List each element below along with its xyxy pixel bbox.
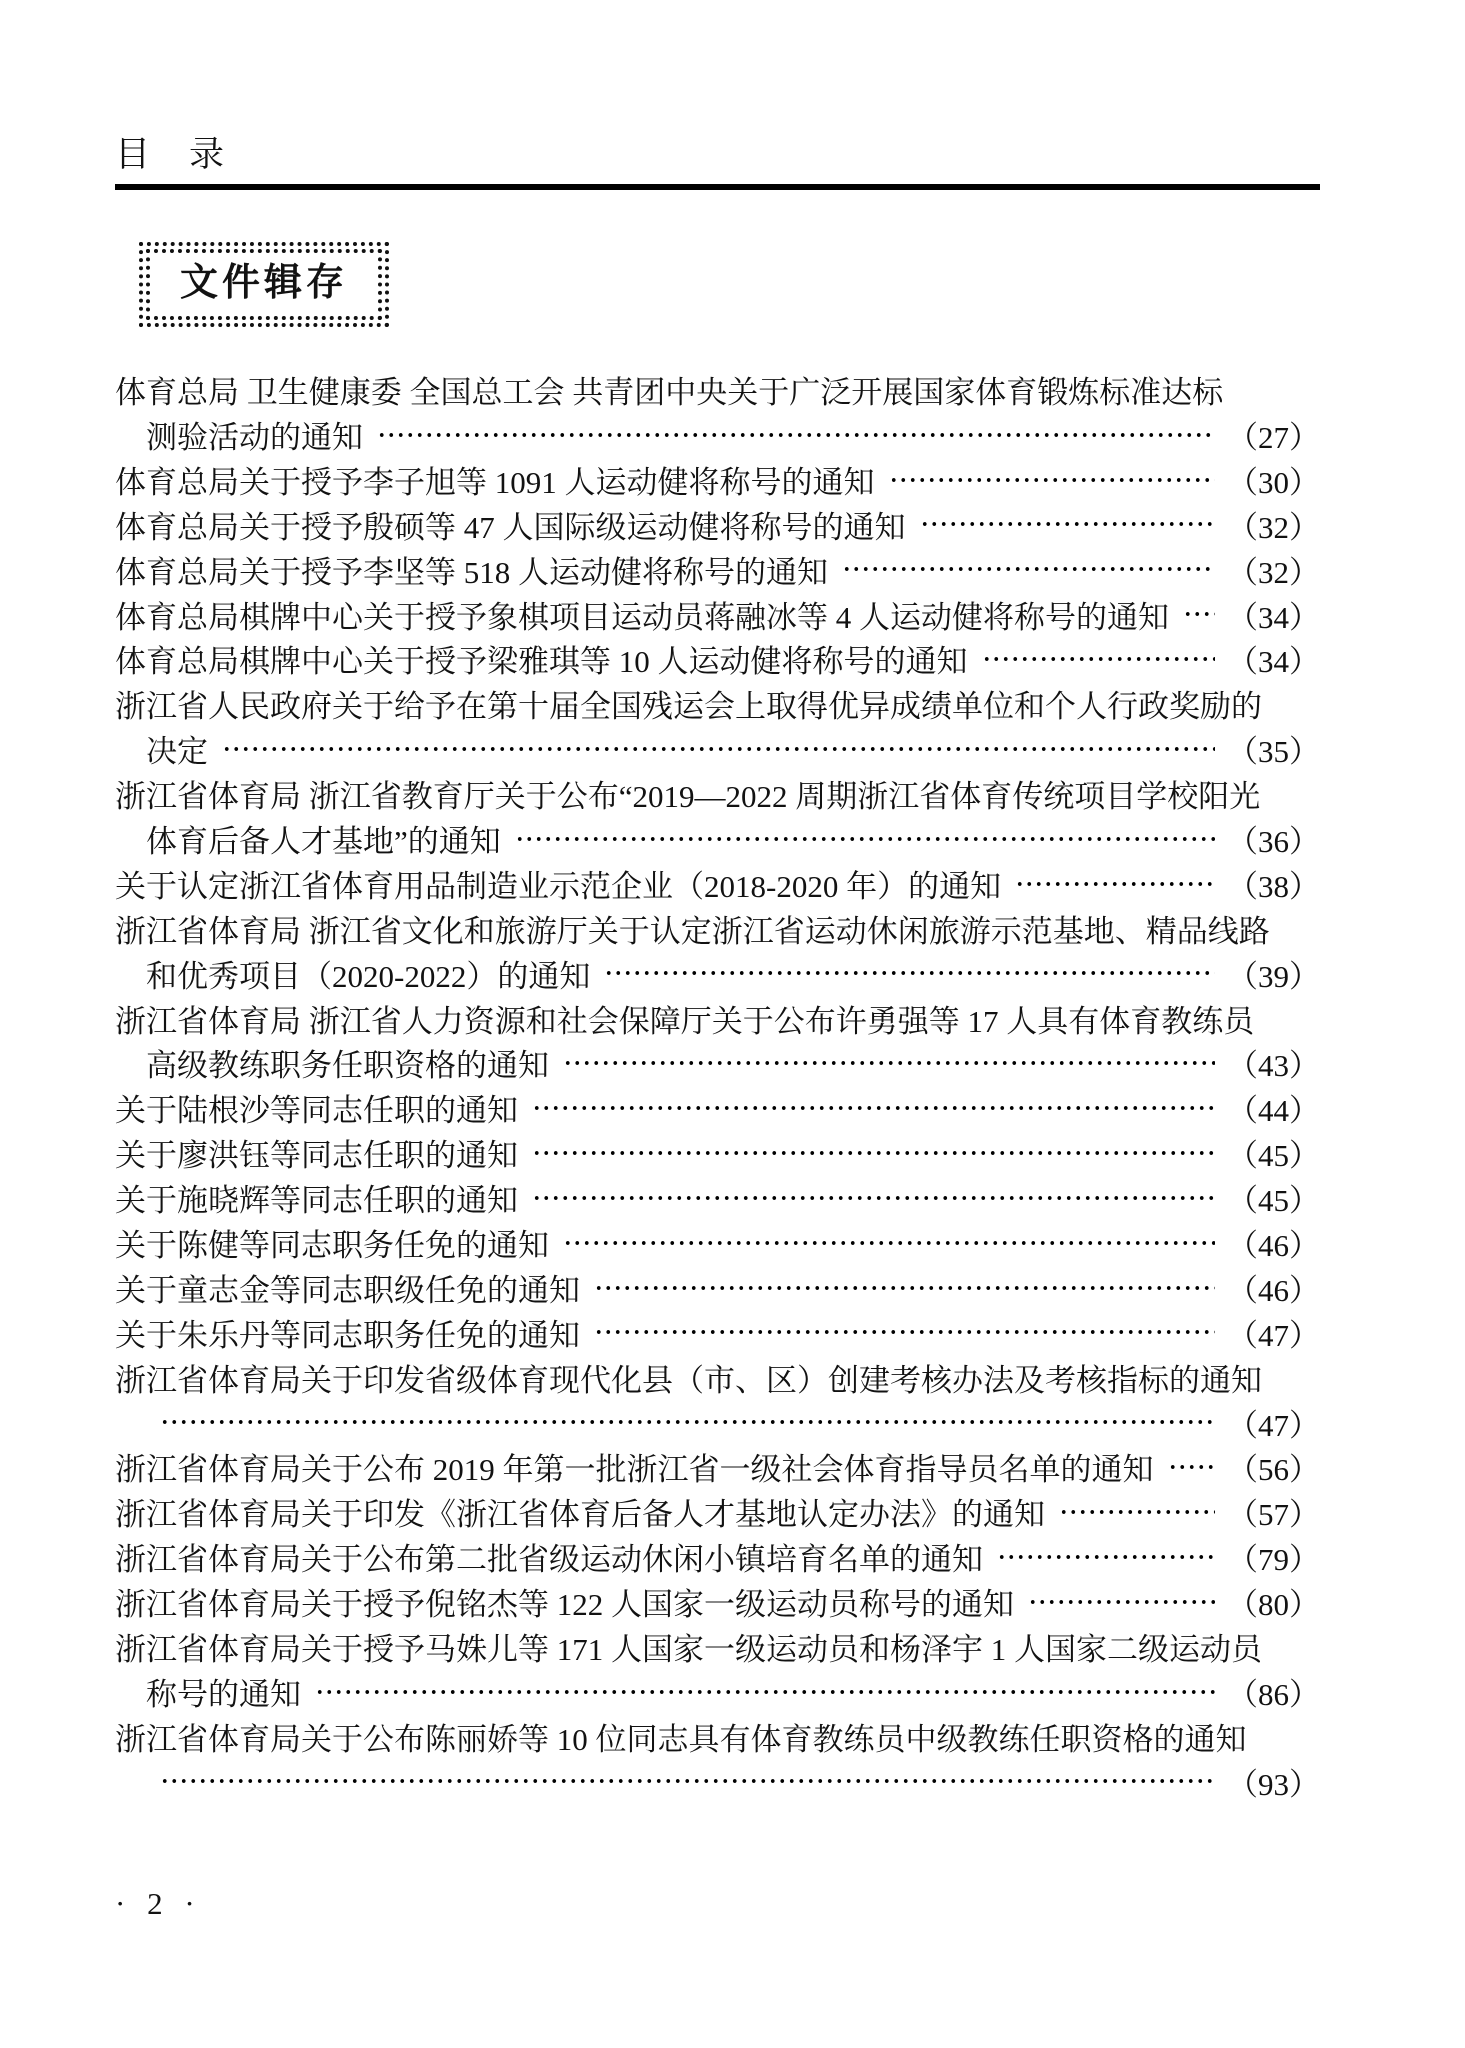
toc-line: 体育总局关于授予殷硕等 47 人国际级运动健将称号的通知（32）: [115, 502, 1320, 547]
page-number: （45）: [1227, 1175, 1320, 1220]
toc-line: （93）: [115, 1759, 1320, 1804]
toc-line: 体育总局棋牌中心关于授予象棋项目运动员蒋融冰等 4 人运动健将称号的通知（34）: [115, 592, 1320, 637]
toc-entry: 体育总局棋牌中心关于授予象棋项目运动员蒋融冰等 4 人运动健将称号的通知（34）: [115, 592, 1320, 637]
page-number: （34）: [1227, 636, 1320, 681]
toc-line: 浙江省体育局关于授予倪铭杰等 122 人国家一级运动员称号的通知（80）: [115, 1579, 1320, 1624]
toc-line-text: 浙江省体育局关于公布陈丽娇等 10 位同志具有体育教练员中级教练任职资格的通知: [115, 1714, 1247, 1759]
toc-line: 关于陆根沙等同志任职的通知（44）: [115, 1085, 1320, 1130]
toc-line-text: 浙江省体育局 浙江省人力资源和社会保障厅关于公布许勇强等 17 人具有体育教练员: [115, 996, 1254, 1041]
toc-entry: 体育总局关于授予李子旭等 1091 人运动健将称号的通知（30）: [115, 457, 1320, 502]
toc-line-text: 浙江省人民政府关于给予在第十届全国残运会上取得优异成绩单位和个人行政奖励的: [115, 681, 1262, 726]
section-label-box: 文件辑存: [139, 242, 389, 328]
page-number: （30）: [1227, 457, 1320, 502]
dot-leader: [604, 951, 1215, 996]
toc-line: （47）: [115, 1400, 1320, 1445]
toc-line-text: 浙江省体育局 浙江省文化和旅游厅关于认定浙江省运动休闲旅游示范基地、精品线路: [115, 906, 1270, 951]
toc-line: 浙江省体育局 浙江省文化和旅游厅关于认定浙江省运动休闲旅游示范基地、精品线路: [115, 906, 1320, 951]
page-number: （47）: [1227, 1310, 1320, 1355]
toc-line-text: 浙江省体育局关于印发省级体育现代化县（市、区）创建考核办法及考核指标的通知: [115, 1355, 1262, 1400]
toc-line-text: 称号的通知: [146, 1669, 301, 1714]
toc-line-text: 关于施晓辉等同志任职的通知: [115, 1175, 518, 1220]
toc-line-text: 高级教练职务任职资格的通知: [146, 1040, 549, 1085]
toc-line: 关于陈健等同志职务任免的通知（46）: [115, 1220, 1320, 1265]
toc-entry: 体育总局棋牌中心关于授予梁雅琪等 10 人运动健将称号的通知（34）: [115, 636, 1320, 681]
dot-leader: [532, 1175, 1215, 1220]
dot-leader: [160, 1759, 1215, 1804]
toc-entry: 浙江省体育局 浙江省文化和旅游厅关于认定浙江省运动休闲旅游示范基地、精品线路和优…: [115, 906, 1320, 996]
page-number: （38）: [1227, 861, 1320, 906]
toc-line: 浙江省体育局 浙江省教育厅关于公布“2019—2022 周期浙江省体育传统项目学…: [115, 771, 1320, 816]
dot-leader: [1028, 1579, 1215, 1624]
toc-entry: 浙江省人民政府关于给予在第十届全国残运会上取得优异成绩单位和个人行政奖励的决定（…: [115, 681, 1320, 771]
dot-leader: [1183, 592, 1215, 637]
toc-line: 决定（35）: [115, 726, 1320, 771]
toc-line-text: 浙江省体育局 浙江省教育厅关于公布“2019—2022 周期浙江省体育传统项目学…: [115, 771, 1260, 816]
section-label: 文件辑存: [146, 249, 382, 321]
dot-leader: [563, 1220, 1215, 1265]
toc-entry: 浙江省体育局关于印发《浙江省体育后备人才基地认定办法》的通知（57）: [115, 1489, 1320, 1534]
dot-leader: [1015, 861, 1215, 906]
page-number: （47）: [1227, 1400, 1320, 1445]
toc-line-text: 关于陈健等同志职务任免的通知: [115, 1220, 549, 1265]
dot-leader: [594, 1310, 1215, 1355]
dot-leader: [594, 1265, 1215, 1310]
toc-line: 浙江省体育局 浙江省人力资源和社会保障厅关于公布许勇强等 17 人具有体育教练员: [115, 996, 1320, 1041]
page-number: （27）: [1227, 412, 1320, 457]
toc-line-text: 测验活动的通知: [146, 412, 363, 457]
toc-line-text: 浙江省体育局关于授予倪铭杰等 122 人国家一级运动员称号的通知: [115, 1579, 1014, 1624]
toc-entry: 体育总局关于授予殷硕等 47 人国际级运动健将称号的通知（32）: [115, 502, 1320, 547]
toc-entry: 关于廖洪钰等同志任职的通知（45）: [115, 1130, 1320, 1175]
toc-line-text: 体育后备人才基地”的通知: [146, 816, 501, 861]
toc-entry: 关于陈健等同志职务任免的通知（46）: [115, 1220, 1320, 1265]
dot-leader: [222, 726, 1215, 771]
toc-line: 体育总局关于授予李子旭等 1091 人运动健将称号的通知（30）: [115, 457, 1320, 502]
toc-line: 体育总局 卫生健康委 全国总工会 共青团中央关于广泛开展国家体育锻炼标准达标: [115, 367, 1320, 412]
toc-entry: 浙江省体育局 浙江省教育厅关于公布“2019—2022 周期浙江省体育传统项目学…: [115, 771, 1320, 861]
toc-entry: 体育总局关于授予李坚等 518 人运动健将称号的通知（32）: [115, 547, 1320, 592]
toc-line-text: 体育总局关于授予李坚等 518 人运动健将称号的通知: [115, 547, 828, 592]
toc-line: 关于认定浙江省体育用品制造业示范企业（2018-2020 年）的通知（38）: [115, 861, 1320, 906]
toc-line: 体育总局关于授予李坚等 518 人运动健将称号的通知（32）: [115, 547, 1320, 592]
page-number: （46）: [1227, 1220, 1320, 1265]
toc-line: 关于童志金等同志职级任免的通知（46）: [115, 1265, 1320, 1310]
toc-line-text: 关于童志金等同志职级任免的通知: [115, 1265, 580, 1310]
toc-line: 关于廖洪钰等同志任职的通知（45）: [115, 1130, 1320, 1175]
page-number: （57）: [1227, 1489, 1320, 1534]
dot-leader: [532, 1130, 1215, 1175]
footer-page-number: · 2 ·: [115, 1886, 195, 1922]
dot-leader: [889, 457, 1216, 502]
toc-line-text: 决定: [146, 726, 208, 771]
toc-line-text: 浙江省体育局关于公布第二批省级运动休闲小镇培育名单的通知: [115, 1534, 983, 1579]
dot-leader: [982, 636, 1216, 681]
toc-entry: 关于施晓辉等同志任职的通知（45）: [115, 1175, 1320, 1220]
dot-leader: [160, 1400, 1215, 1445]
page-number: （36）: [1227, 816, 1320, 861]
page-number: （45）: [1227, 1130, 1320, 1175]
toc-entry: 浙江省体育局关于公布 2019 年第一批浙江省一级社会体育指导员名单的通知（56…: [115, 1444, 1320, 1489]
toc-line: 关于朱乐丹等同志职务任免的通知（47）: [115, 1310, 1320, 1355]
toc-entry: 关于朱乐丹等同志职务任免的通知（47）: [115, 1310, 1320, 1355]
toc-line-text: 体育总局关于授予李子旭等 1091 人运动健将称号的通知: [115, 457, 875, 502]
page-number: （56）: [1227, 1444, 1320, 1489]
page-number: （86）: [1227, 1669, 1320, 1714]
toc-entry: 浙江省体育局关于授予马姝儿等 171 人国家一级运动员和杨泽宇 1 人国家二级运…: [115, 1624, 1320, 1714]
toc-entry: 体育总局 卫生健康委 全国总工会 共青团中央关于广泛开展国家体育锻炼标准达标测验…: [115, 367, 1320, 457]
page-number: （79）: [1227, 1534, 1320, 1579]
dot-leader: [515, 816, 1215, 861]
toc-line: 称号的通知（86）: [115, 1669, 1320, 1714]
toc-line: 浙江省体育局关于公布 2019 年第一批浙江省一级社会体育指导员名单的通知（56…: [115, 1444, 1320, 1489]
toc-line-text: 关于认定浙江省体育用品制造业示范企业（2018-2020 年）的通知: [115, 861, 1001, 906]
toc-line-text: 关于廖洪钰等同志任职的通知: [115, 1130, 518, 1175]
toc-line: 高级教练职务任职资格的通知（43）: [115, 1040, 1320, 1085]
toc-entry: 浙江省体育局关于授予倪铭杰等 122 人国家一级运动员称号的通知（80）: [115, 1579, 1320, 1624]
toc-entry: 关于童志金等同志职级任免的通知（46）: [115, 1265, 1320, 1310]
page-number: （80）: [1227, 1579, 1320, 1624]
toc-line-text: 浙江省体育局关于印发《浙江省体育后备人才基地认定办法》的通知: [115, 1489, 1045, 1534]
dot-leader: [315, 1669, 1215, 1714]
document-page: 目 录 文件辑存 体育总局 卫生健康委 全国总工会 共青团中央关于广泛开展国家体…: [0, 0, 1465, 2048]
toc-list: 体育总局 卫生健康委 全国总工会 共青团中央关于广泛开展国家体育锻炼标准达标测验…: [115, 367, 1320, 1804]
toc-entry: 浙江省体育局关于公布陈丽娇等 10 位同志具有体育教练员中级教练任职资格的通知（…: [115, 1714, 1320, 1804]
toc-line-text: 浙江省体育局关于授予马姝儿等 171 人国家一级运动员和杨泽宇 1 人国家二级运…: [115, 1624, 1262, 1669]
toc-line: 关于施晓辉等同志任职的通知（45）: [115, 1175, 1320, 1220]
toc-line-text: 体育总局 卫生健康委 全国总工会 共青团中央关于广泛开展国家体育锻炼标准达标: [115, 367, 1223, 412]
page-number: （32）: [1227, 502, 1320, 547]
page-number: （32）: [1227, 547, 1320, 592]
toc-line-text: 关于陆根沙等同志任职的通知: [115, 1085, 518, 1130]
toc-line: 浙江省体育局关于公布第二批省级运动休闲小镇培育名单的通知（79）: [115, 1534, 1320, 1579]
toc-line-text: 体育总局棋牌中心关于授予梁雅琪等 10 人运动健将称号的通知: [115, 636, 968, 681]
page-number: （93）: [1227, 1759, 1320, 1804]
toc-line: 浙江省人民政府关于给予在第十届全国残运会上取得优异成绩单位和个人行政奖励的: [115, 681, 1320, 726]
dot-leader: [532, 1085, 1215, 1130]
toc-line: 浙江省体育局关于公布陈丽娇等 10 位同志具有体育教练员中级教练任职资格的通知: [115, 1714, 1320, 1759]
toc-entry: 浙江省体育局关于公布第二批省级运动休闲小镇培育名单的通知（79）: [115, 1534, 1320, 1579]
page-title: 目 录: [115, 0, 1320, 175]
toc-line-text: 浙江省体育局关于公布 2019 年第一批浙江省一级社会体育指导员名单的通知: [115, 1444, 1154, 1489]
page-number: （44）: [1227, 1085, 1320, 1130]
toc-entry: 关于认定浙江省体育用品制造业示范企业（2018-2020 年）的通知（38）: [115, 861, 1320, 906]
toc-entry: 浙江省体育局关于印发省级体育现代化县（市、区）创建考核办法及考核指标的通知（47…: [115, 1355, 1320, 1445]
page-number: （39）: [1227, 951, 1320, 996]
dot-leader: [920, 502, 1216, 547]
toc-line: 和优秀项目（2020-2022）的通知（39）: [115, 951, 1320, 996]
page-number: （46）: [1227, 1265, 1320, 1310]
toc-line: 浙江省体育局关于印发《浙江省体育后备人才基地认定办法》的通知（57）: [115, 1489, 1320, 1534]
toc-line-text: 和优秀项目（2020-2022）的通知: [146, 951, 590, 996]
toc-entry: 浙江省体育局 浙江省人力资源和社会保障厅关于公布许勇强等 17 人具有体育教练员…: [115, 996, 1320, 1086]
toc-line: 体育总局棋牌中心关于授予梁雅琪等 10 人运动健将称号的通知（34）: [115, 636, 1320, 681]
dot-leader: [1059, 1489, 1215, 1534]
toc-line-text: 体育总局棋牌中心关于授予象棋项目运动员蒋融冰等 4 人运动健将称号的通知: [115, 592, 1169, 637]
page-number: （34）: [1227, 592, 1320, 637]
toc-entry: 关于陆根沙等同志任职的通知（44）: [115, 1085, 1320, 1130]
dot-leader: [1168, 1444, 1216, 1489]
dot-leader: [377, 412, 1215, 457]
toc-line-text: 体育总局关于授予殷硕等 47 人国际级运动健将称号的通知: [115, 502, 906, 547]
toc-line-text: 关于朱乐丹等同志职务任免的通知: [115, 1310, 580, 1355]
toc-line: 浙江省体育局关于授予马姝儿等 171 人国家一级运动员和杨泽宇 1 人国家二级运…: [115, 1624, 1320, 1669]
page-content: 目 录 文件辑存 体育总局 卫生健康委 全国总工会 共青团中央关于广泛开展国家体…: [115, 0, 1320, 1804]
page-number: （43）: [1227, 1040, 1320, 1085]
title-divider: [115, 184, 1320, 190]
dot-leader: [842, 547, 1215, 592]
page-number: （35）: [1227, 726, 1320, 771]
dot-leader: [997, 1534, 1215, 1579]
toc-line: 测验活动的通知（27）: [115, 412, 1320, 457]
toc-line: 体育后备人才基地”的通知（36）: [115, 816, 1320, 861]
dot-leader: [563, 1040, 1215, 1085]
toc-line: 浙江省体育局关于印发省级体育现代化县（市、区）创建考核办法及考核指标的通知: [115, 1355, 1320, 1400]
